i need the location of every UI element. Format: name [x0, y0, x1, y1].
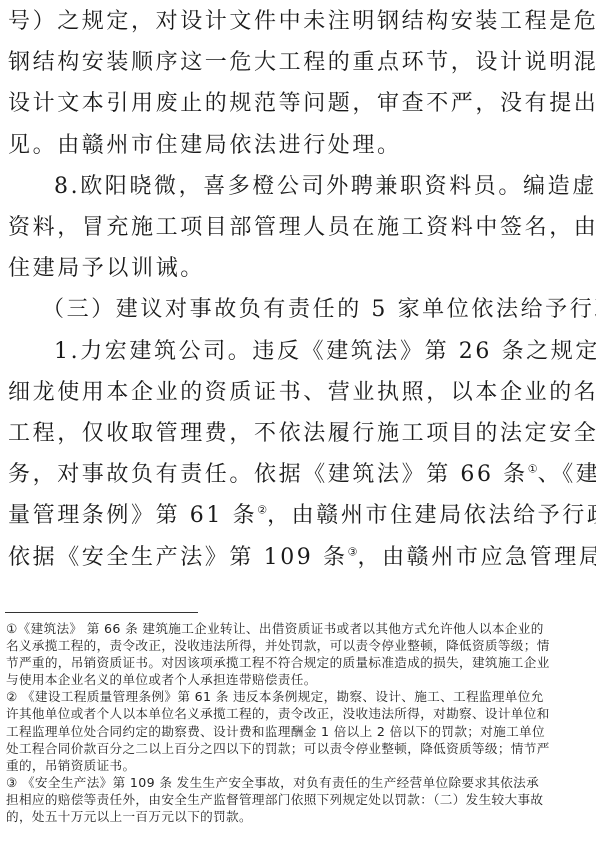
text-segment: 、《建设工程质	[538, 462, 596, 487]
footnote-line: 与使用本企业名义的单位或者个人承担连带赔偿责任。	[6, 671, 592, 688]
footnote-ref-1[interactable]: ①	[528, 463, 538, 476]
footnote-2: ② 《建设工程质量管理条例》第 61 条 违反本条例规定，勘察、设计、施工、工程…	[6, 688, 592, 773]
paragraph-item-8: 8.欧阳晓微，喜多橙公司外聘兼职资料员。编造虚假施工 资料，冒充施工项目部管理人…	[8, 166, 592, 290]
footnote-line: ② 《建设工程质量管理条例》第 61 条 违反本条例规定，勘察、设计、施工、工程…	[6, 688, 592, 705]
text-line: 量管理条例》第 61 条②，由赣州市住建局依法给予行政处罚；	[8, 495, 592, 536]
main-body-text: 号）之规定，对设计文件中未注明钢结构安装工程是危大工程； 钢结构安装顺序这一危大…	[8, 1, 592, 578]
text-line: 钢结构安装顺序这一危大工程的重点环节，设计说明混乱不清；	[8, 42, 592, 83]
text-segment: 依据《安全生产法》第 109 条	[8, 545, 348, 570]
text-segment: 量管理条例》第 61 条	[8, 503, 257, 528]
footnote-line: 担相应的赔偿等责任外，由安全生产监督管理部门依照下列规定处以罚款：（二）发生较大…	[6, 791, 592, 808]
footnote-ref-3[interactable]: ③	[348, 545, 358, 558]
text-line: 依据《安全生产法》第 109 条③，由赣州市应急管理局依法给予	[8, 537, 592, 578]
footnote-line: 工程监理单位处合同约定的勘察费、设计费和监理酬金 1 倍以上 2 倍以下的罚款；…	[6, 723, 592, 740]
footnote-line: 名义承揽工程的，责令改正，没收违法所得，并处罚款，可以责令停业整顿，降低资质等级…	[6, 637, 592, 654]
footnote-line: 重的，吊销资质证书。	[6, 757, 592, 774]
footnote-ref-2[interactable]: ②	[257, 504, 267, 517]
footnote-3: ③ 《安全生产法》第 109 条 发生生产安全事故，对负有责任的生产经营单位除要…	[6, 774, 592, 825]
document-page: 号）之规定，对设计文件中未注明钢结构安装工程是危大工程； 钢结构安装顺序这一危大…	[0, 0, 596, 853]
text-line: 务，对事故负有责任。依据《建筑法》第 66 条①、《建设工程质	[8, 454, 592, 495]
paragraph-continued: 号）之规定，对设计文件中未注明钢结构安装工程是危大工程； 钢结构安装顺序这一危大…	[8, 1, 592, 166]
text-line: 号）之规定，对设计文件中未注明钢结构安装工程是危大工程；	[8, 1, 592, 42]
text-segment: ，由赣州市应急管理局依法给予	[357, 545, 596, 570]
footnote-separator	[5, 612, 198, 613]
footnote-line: ③ 《安全生产法》第 109 条 发生生产安全事故，对负有责任的生产经营单位除要…	[6, 774, 592, 791]
footnote-line: ①《建筑法》 第 66 条 建筑施工企业转让、出借资质证书或者以其他方式允许他人…	[6, 620, 592, 637]
paragraph-item-1: 1.力宏建筑公司。违反《建筑法》第 26 条之规定，允许王 细龙使用本企业的资质…	[8, 331, 592, 578]
text-line: 见。由赣州市住建局依法进行处理。	[8, 125, 592, 166]
text-segment: 务，对事故负有责任。依据《建筑法》第 66 条	[8, 462, 528, 487]
text-line: 设计文本引用废止的规范等问题，审查不严，没有提出修改意	[8, 83, 592, 124]
text-line: 1.力宏建筑公司。违反《建筑法》第 26 条之规定，允许王	[8, 331, 592, 372]
section-heading: （三）建议对事故负有责任的 5 家单位依法给予行政处罚	[8, 289, 592, 330]
footnote-1: ①《建筑法》 第 66 条 建筑施工企业转让、出借资质证书或者以其他方式允许他人…	[6, 620, 592, 688]
footnote-line: 节严重的，吊销资质证书。对因该项承揽工程不符合规定的质量标准造成的损失，建筑施工…	[6, 654, 592, 671]
text-segment: ，由赣州市住建局依法给予行政处罚；	[267, 503, 596, 528]
text-line: 工程，仅收取管理费，不依法履行施工项目的法定安全生产义	[8, 413, 592, 454]
text-line: 资料，冒充施工项目部管理人员在施工资料中签名，由安远县	[8, 207, 592, 248]
text-line: 8.欧阳晓微，喜多橙公司外聘兼职资料员。编造虚假施工	[8, 166, 592, 207]
footnotes: ①《建筑法》 第 66 条 建筑施工企业转让、出借资质证书或者以其他方式允许他人…	[6, 620, 592, 825]
footnote-line: 的，处五十万元以上一百万元以下的罚款。	[6, 808, 592, 825]
section-heading-text: （三）建议对事故负有责任的 5 家单位依法给予行政处罚	[8, 289, 592, 330]
text-line: 细龙使用本企业的资质证书、营业执照，以本企业的名义承揽	[8, 372, 592, 413]
text-line: 住建局予以训诫。	[8, 248, 592, 289]
footnote-line: 处工程合同价款百分之二以上百分之四以下的罚款；可以责令停业整顿，降低资质等级；情…	[6, 740, 592, 757]
footnote-line: 许其他单位或者个人以本单位名义承揽工程的，责令改正，没收违法所得，对勘察、设计单…	[6, 705, 592, 722]
